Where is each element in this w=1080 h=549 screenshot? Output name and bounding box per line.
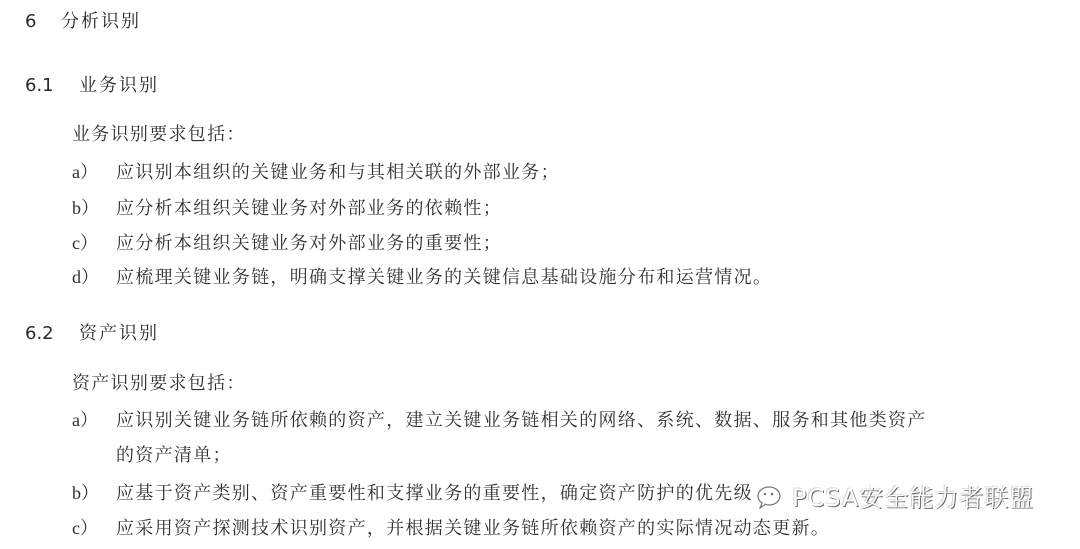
item-label: c）	[72, 516, 116, 540]
item-label: b）	[72, 481, 116, 505]
list-item: c）应分析本组织关键业务对外部业务的重要性；	[72, 231, 502, 256]
item-label: a）	[72, 408, 116, 432]
wechat-icon	[756, 485, 786, 509]
list-item: c）应采用资产探测技术识别资产，并根据关键业务链所依赖资产的实际情况动态更新。	[72, 516, 830, 541]
watermark: PCSA安全能力者联盟	[756, 478, 1034, 513]
item-text: 应基于资产类别、资产重要性和支撑业务的重要性，确定资产防护的优先级	[116, 483, 753, 504]
item-label: b）	[72, 196, 116, 220]
item-text: 应识别本组织的关键业务和与其相关联的外部业务；	[116, 162, 560, 183]
section-number: 6.1	[25, 75, 79, 96]
item-label: a）	[72, 160, 116, 184]
list-item: a）应识别本组织的关键业务和与其相关联的外部业务；	[72, 160, 560, 185]
watermark-text: PCSA安全能力者联盟	[792, 484, 1034, 512]
list-item: b）应分析本组织关键业务对外部业务的依赖性；	[72, 196, 502, 221]
item-text: 应分析本组织关键业务对外部业务的重要性；	[116, 233, 502, 254]
section-heading-6: 6分析识别	[25, 7, 141, 33]
section-number: 6.2	[25, 323, 79, 344]
section-title: 资产识别	[79, 323, 159, 344]
section-number: 6	[25, 11, 61, 32]
list-item: a）应识别关键业务链所依赖的资产，建立关键业务链相关的网络、系统、数据、服务和其…	[72, 408, 927, 433]
section-heading-6-1: 6.1业务识别	[25, 71, 159, 97]
list-item-continuation: 的资产清单；	[116, 444, 232, 468]
section-heading-6-2: 6.2资产识别	[25, 319, 159, 345]
section-intro: 资产识别要求包括：	[72, 372, 246, 396]
list-item: d）应梳理关键业务链，明确支撑关键业务的关键信息基础设施分布和运营情况。	[72, 265, 772, 290]
item-text: 应梳理关键业务链，明确支撑关键业务的关键信息基础设施分布和运营情况。	[116, 267, 772, 288]
section-intro: 业务识别要求包括：	[72, 123, 246, 147]
item-text: 应识别关键业务链所依赖的资产，建立关键业务链相关的网络、系统、数据、服务和其他类…	[116, 410, 927, 431]
item-text: 应分析本组织关键业务对外部业务的依赖性；	[116, 198, 502, 219]
section-title: 分析识别	[61, 11, 141, 32]
item-label: d）	[72, 265, 116, 289]
section-title: 业务识别	[79, 75, 159, 96]
item-text: 应采用资产探测技术识别资产，并根据关键业务链所依赖资产的实际情况动态更新。	[116, 518, 830, 539]
list-item: b）应基于资产类别、资产重要性和支撑业务的重要性，确定资产防护的优先级	[72, 481, 753, 506]
item-label: c）	[72, 231, 116, 255]
